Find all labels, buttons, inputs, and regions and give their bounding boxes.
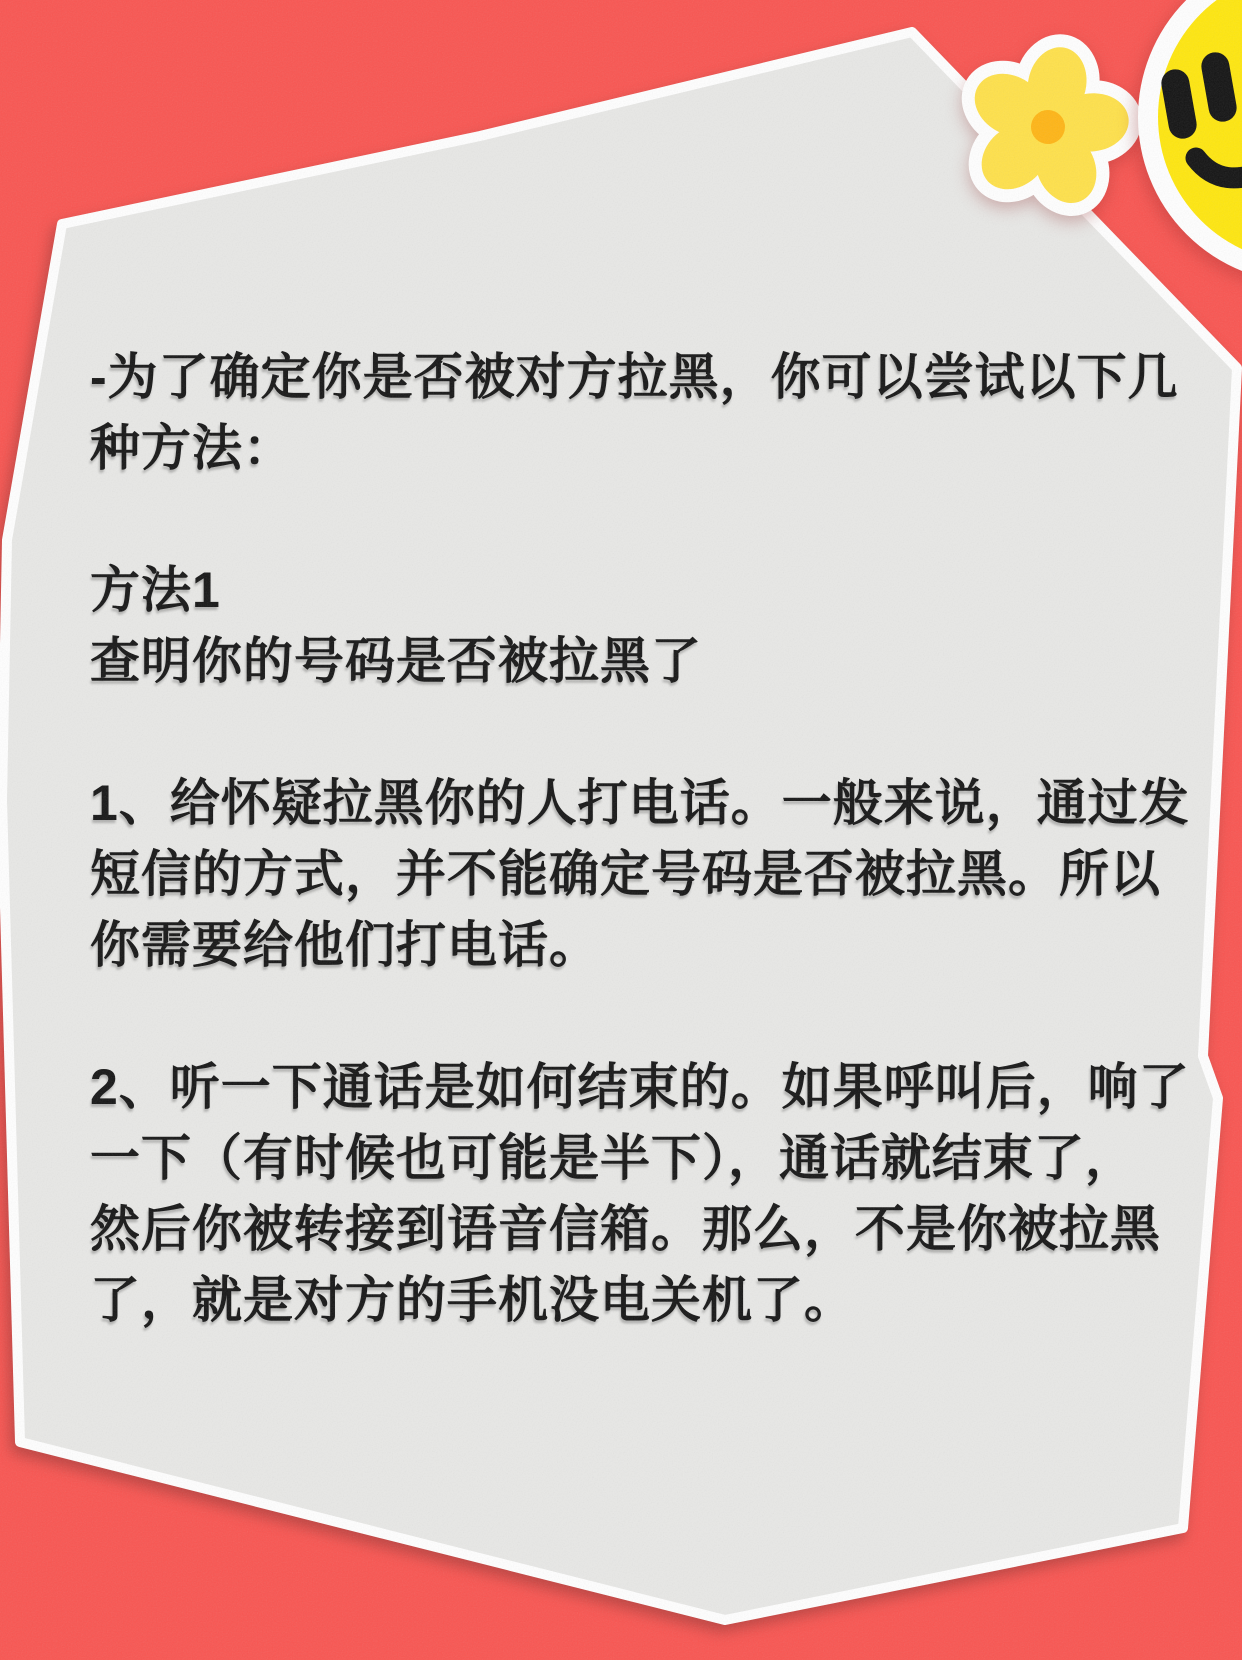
method-heading: 方法1 查明你的号码是否被拉黑了 [90, 555, 1200, 697]
smiley-face-icon [1100, 0, 1242, 300]
text-line: 2、听一下通话是如何结束的。如果呼叫后，响了 [90, 1052, 1200, 1123]
text-line: 种方法： [90, 413, 1200, 484]
text-line: 然后你被转接到语音信箱。那么，不是你被拉黑 [90, 1194, 1200, 1265]
text-line: 一下（有时候也可能是半下），通话就结束了， [90, 1123, 1200, 1194]
article-text: -为了确定你是否被对方拉黑，你可以尝试以下几 种方法： 方法1 查明你的号码是否… [90, 342, 1200, 1336]
step1-paragraph: 1、给怀疑拉黑你的人打电话。一般来说，通过发 短信的方式，并不能确定号码是否被拉… [90, 768, 1200, 981]
text-line: 你需要给他们打电话。 [90, 910, 1200, 981]
method-subtitle: 查明你的号码是否被拉黑了 [90, 626, 1200, 697]
text-line: -为了确定你是否被对方拉黑，你可以尝试以下几 [90, 342, 1200, 413]
text-line: 了，就是对方的手机没电关机了。 [90, 1265, 1200, 1336]
intro-paragraph: -为了确定你是否被对方拉黑，你可以尝试以下几 种方法： [90, 342, 1200, 484]
text-line: 1、给怀疑拉黑你的人打电话。一般来说，通过发 [90, 768, 1200, 839]
post-canvas: -为了确定你是否被对方拉黑，你可以尝试以下几 种方法： 方法1 查明你的号码是否… [0, 0, 1242, 1660]
text-line: 短信的方式，并不能确定号码是否被拉黑。所以 [90, 839, 1200, 910]
method-title: 方法1 [90, 555, 1200, 626]
step2-paragraph: 2、听一下通话是如何结束的。如果呼叫后，响了 一下（有时候也可能是半下），通话就… [90, 1052, 1200, 1336]
